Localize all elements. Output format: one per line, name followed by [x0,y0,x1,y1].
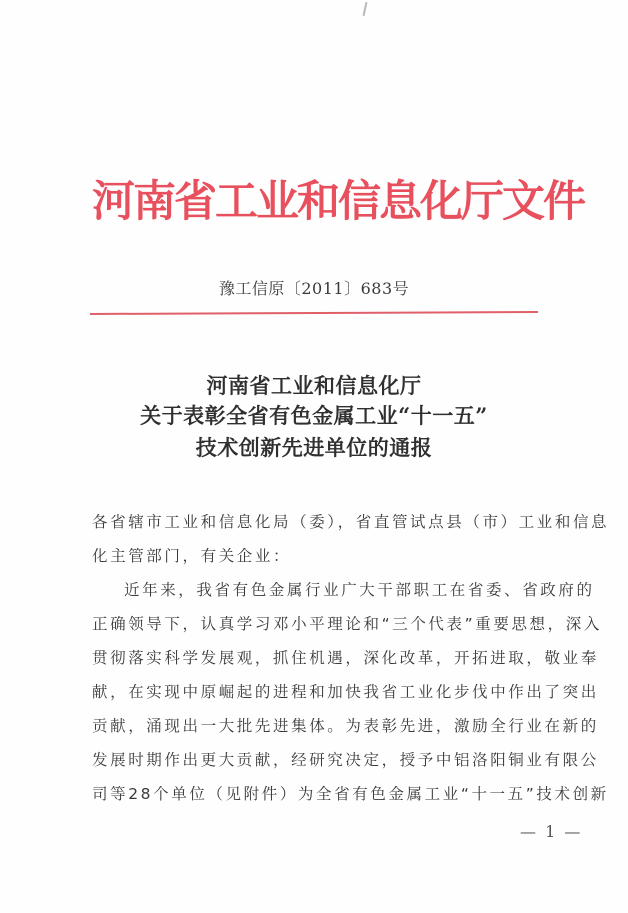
notice-title-line-3: 技术创新先进单位的通报 [0,432,628,462]
scan-artifact-mark [363,2,368,16]
notice-title-line-2: 关于表彰全省有色金属工业“十一五” [0,400,628,430]
page-number: — 1 — [520,822,582,841]
red-divider-line [90,311,538,315]
body-paragraph-line: 献，在实现中原崛起的进程和加快我省工业化步伐中作出了突出 [92,680,562,702]
body-paragraph-line: 发展时期作出更大贡献，经研究决定，授予中铝洛阳铜业有限公 [92,748,562,770]
body-paragraph-line: 近年来，我省有色金属行业广大干部职工在省委、省政府的 [124,578,594,600]
body-paragraph-line: 贡献，涌现出一大批先进集体。为表彰先进，激励全行业在新的 [92,714,562,736]
body-line-addressee-1: 各省辖市工业和信息化局（委），省直管试点县（市）工业和信息 [92,510,562,532]
document-red-header: 河南省工业和信息化厅文件 [92,162,562,242]
body-line-addressee-2: 化主管部门，有关企业： [92,544,562,566]
body-paragraph-line: 司等28个单位（见附件）为全省有色金属工业“十一五”技术创新 [92,782,562,804]
body-paragraph-line: 正确领导下，认真学习邓小平理论和“三个代表”重要思想，深入 [92,612,562,634]
document-number: 豫工信原〔2011〕683号 [0,276,628,299]
notice-title-line-1: 河南省工业和信息化厅 [0,370,628,400]
document-page: 河南省工业和信息化厅文件 豫工信原〔2011〕683号 河南省工业和信息化厅 关… [0,0,628,913]
body-paragraph-line: 贯彻落实科学发展观，抓住机遇，深化改革，开拓进取，敬业奉 [92,646,562,668]
